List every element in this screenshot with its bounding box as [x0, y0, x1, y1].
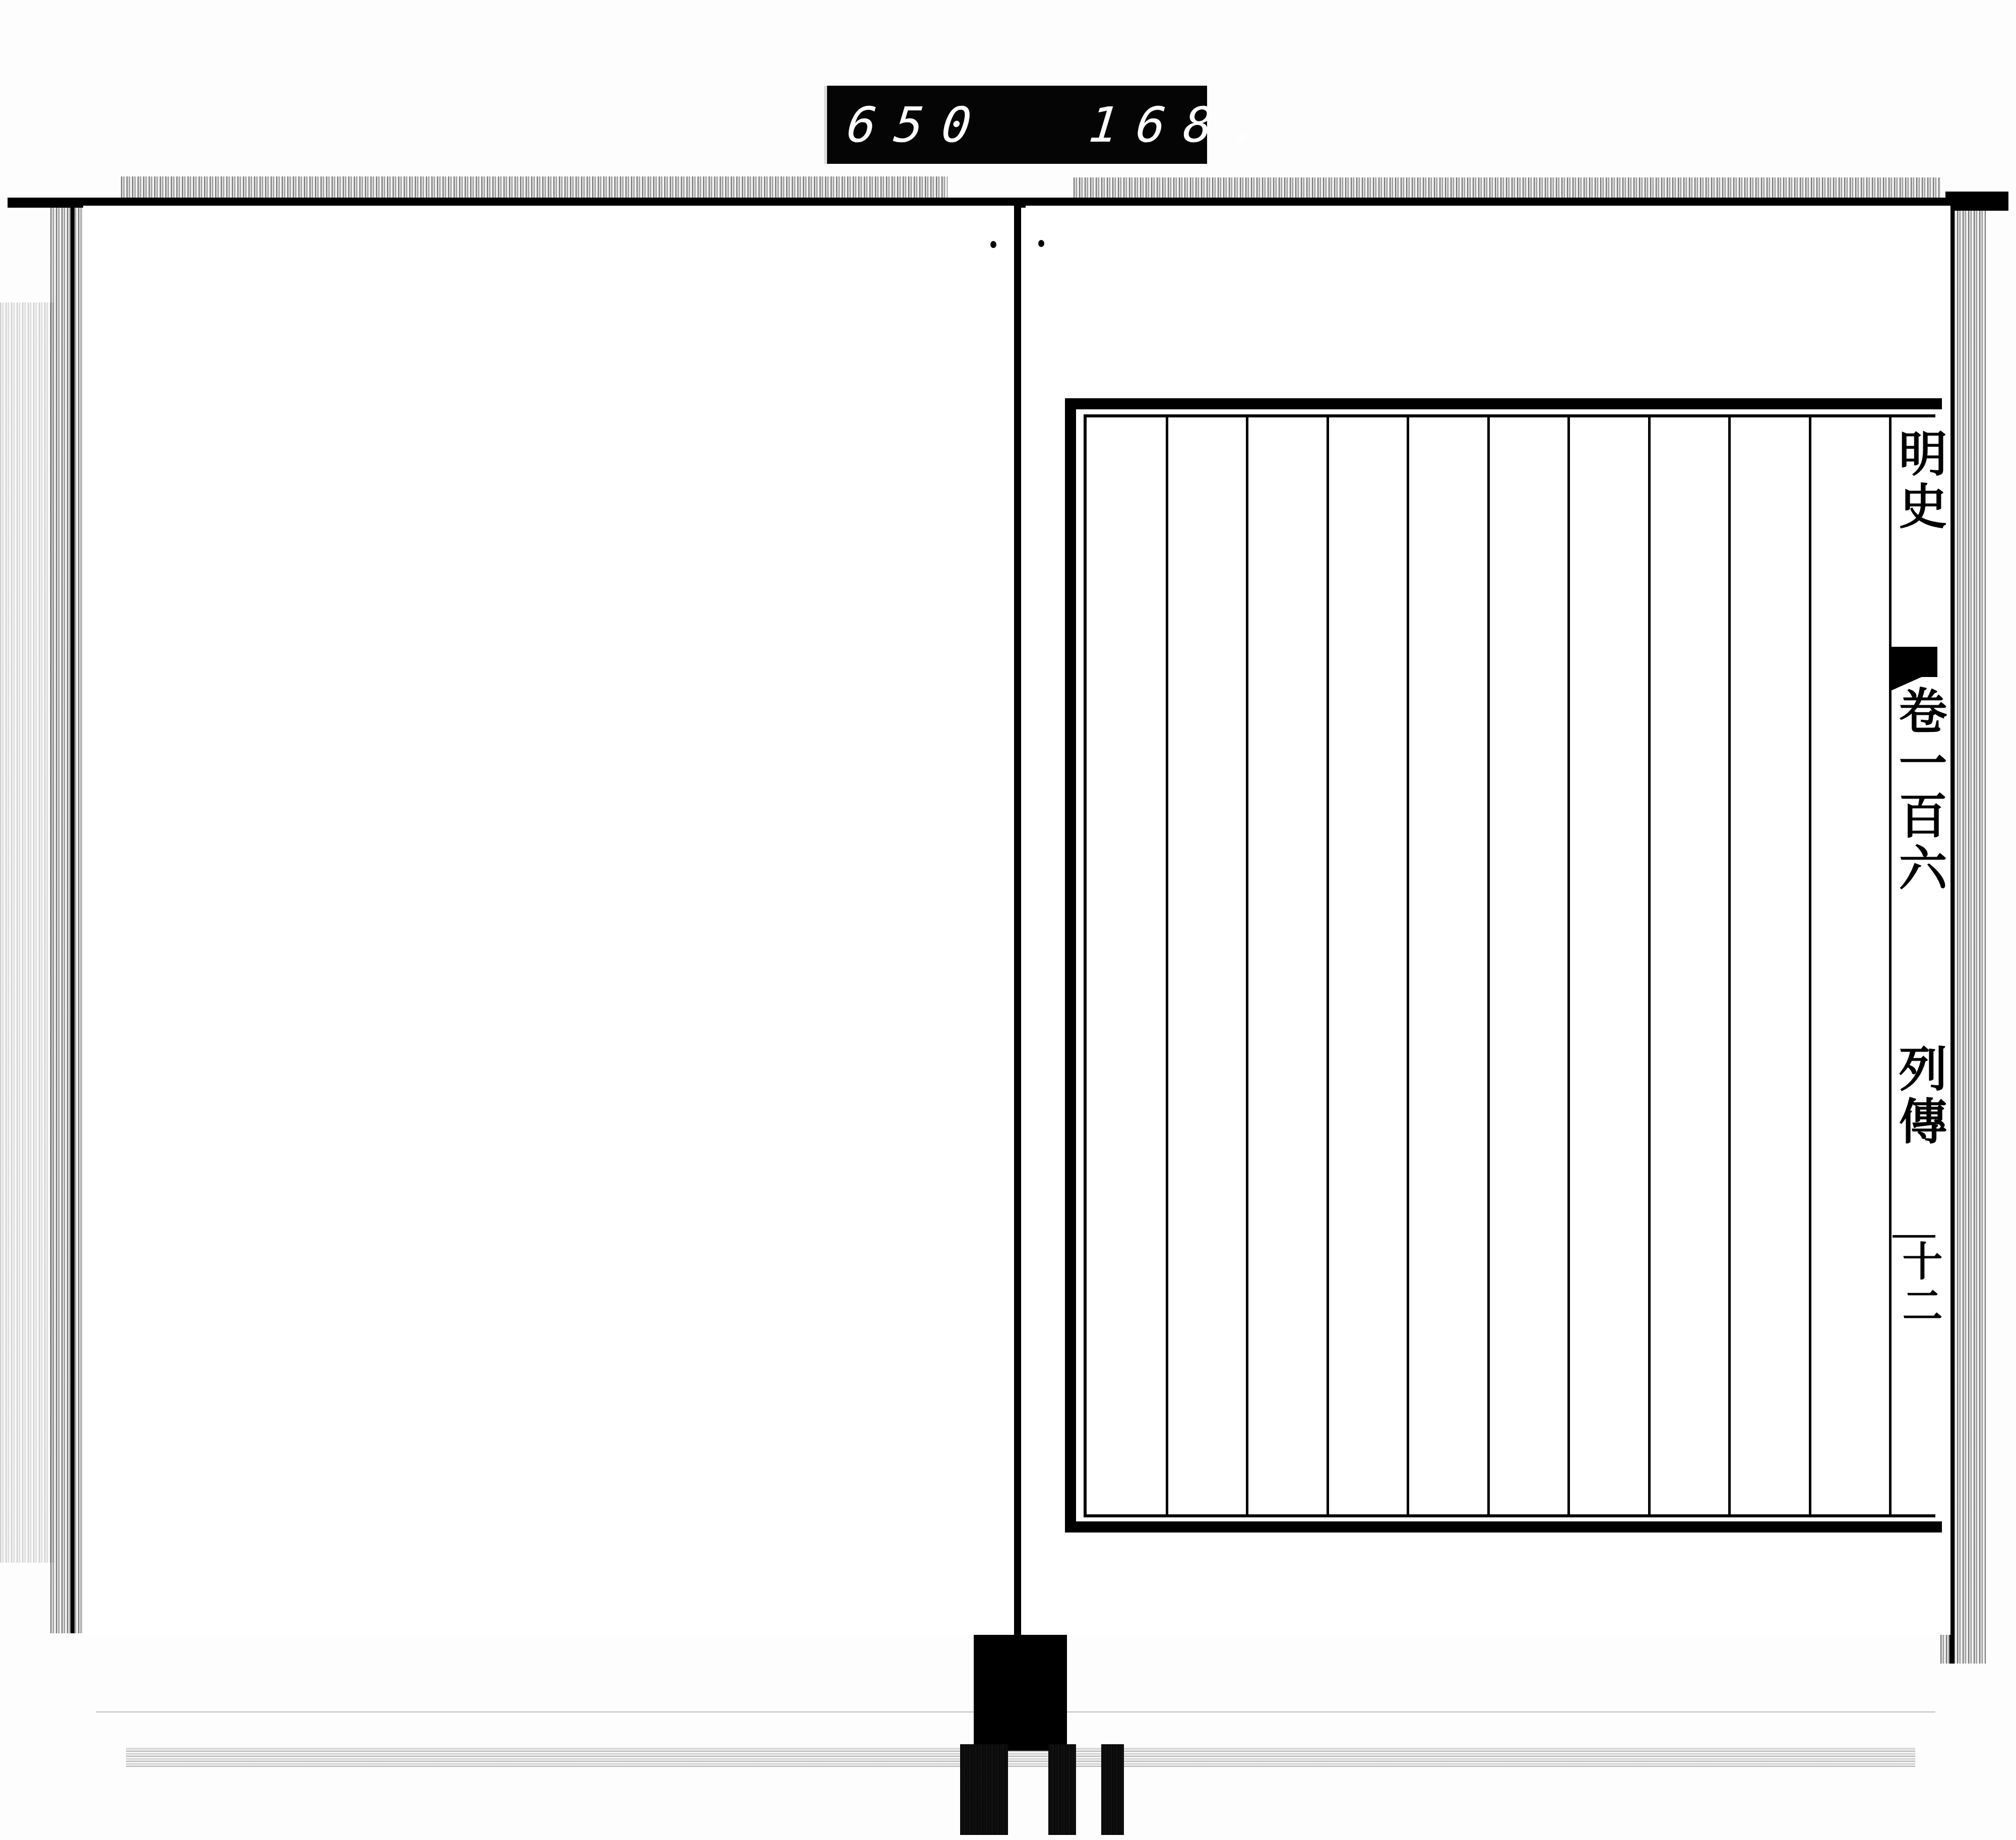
bottom-clamp-left-leg [960, 1744, 1008, 1835]
book-spine [1014, 202, 1021, 1638]
reel-number: 650 [845, 100, 992, 150]
column-rule [1567, 414, 1570, 1517]
column-rule [1166, 414, 1168, 1517]
left-page [83, 206, 1016, 1635]
column-rule [1327, 414, 1329, 1517]
top-edge-shadow-left [121, 176, 948, 199]
column-rule [1487, 414, 1490, 1517]
left-margin-noise [0, 302, 55, 1563]
reel-label: 650 168. [824, 86, 1207, 164]
column-rule [1648, 414, 1651, 1517]
left-page-edge [71, 207, 75, 1633]
book-title: 明史 [1895, 428, 1943, 533]
right-clamp [1945, 192, 2008, 211]
banxin-column [1891, 414, 1936, 1517]
binding-hole-left [990, 241, 996, 248]
bottom-clamp [974, 1635, 1067, 1751]
frame-number: 168. [1087, 100, 1281, 150]
top-edge-shadow-right [1074, 177, 1940, 199]
section-label: 列傳 [1895, 1044, 1943, 1148]
column-rule [1728, 414, 1731, 1517]
inner-border-frame [1084, 414, 1935, 1517]
page-number: 十二 [1895, 1240, 1943, 1329]
column-rule [1407, 414, 1409, 1517]
bottom-clamp-right-leg [1048, 1744, 1076, 1835]
bottom-clamp-post [1101, 1744, 1124, 1835]
page-number-rule [1893, 1235, 1935, 1238]
column-rule [1809, 414, 1811, 1517]
binding-hole-right [1038, 240, 1044, 247]
volume-number: 卷一百六 [1895, 686, 1943, 895]
column-rule [1246, 414, 1248, 1517]
